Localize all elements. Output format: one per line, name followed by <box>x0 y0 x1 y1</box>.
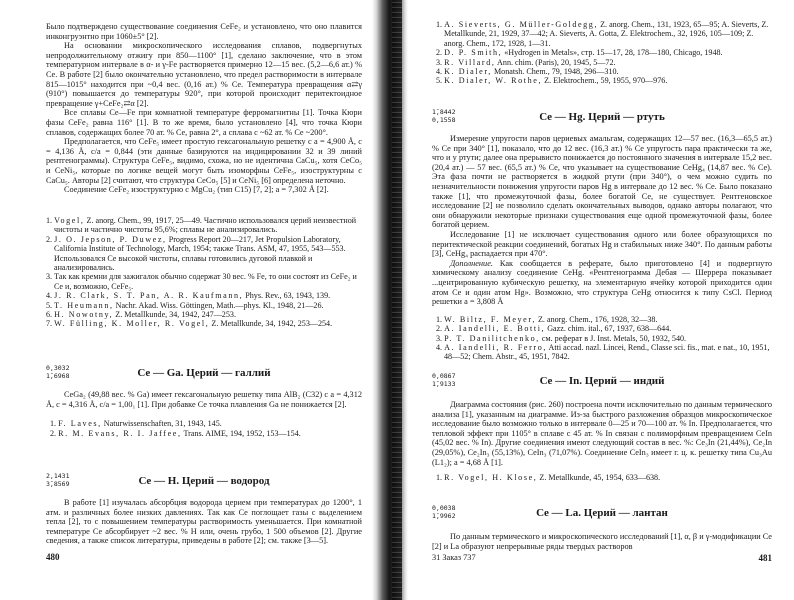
section-ce-la: 0,00381̄,9962 Ce — La. Церий — лантан По… <box>432 502 772 563</box>
page-number: 480 <box>46 552 362 562</box>
paragraph: Все сплавы Ce—Fe при комнатной температу… <box>46 108 362 137</box>
reference-item: 1. Vogel, Z. anorg. Chem., 99, 1917, 25—… <box>42 216 362 235</box>
reference-item: 1. W. Biltz, F. Meyer, Z. anorg. Chem., … <box>432 315 772 324</box>
section-heading: 0,30321̄,6968 Ce — Ga. Церий — галлий <box>46 362 362 386</box>
reference-item: 4. K. Dialer, Monatsh. Chem., 79, 1948, … <box>432 67 772 76</box>
paragraph: На основании микроскопического исследова… <box>46 41 362 108</box>
reference-item: 2. J. O. Jepson, P. Duwez, Progress Repo… <box>42 235 362 273</box>
reference-item: 1. F. Laves, Naturwissenschaften, 31, 19… <box>46 419 362 428</box>
reference-item: 2. D. P. Smith, «Hydrogen in Metals», ст… <box>432 48 772 57</box>
reference-item: 3. R. Villard, Ann. chim. (Paris), 20, 1… <box>432 58 772 67</box>
reference-item: 3. Так как кремни для зажигалок обычно с… <box>42 272 362 291</box>
paragraph: В работе [1] изучалась абсорбция водород… <box>46 498 362 546</box>
reference-item: 7. W. Fülling, K. Moller, R. Vogel, Z. M… <box>42 319 362 328</box>
section-title: Ce — La. Церий — лантан <box>432 507 772 519</box>
reference-item: 6. H. Nowotny, Z. Metallkunde, 34, 1942,… <box>42 310 362 319</box>
section-title: Ce — Hg. Церий — ртуть <box>432 111 772 123</box>
paragraph: Предполагается, что CeFe₅ имеет простую … <box>46 137 362 185</box>
ga-references: 1. F. Laves, Naturwissenschaften, 31, 19… <box>46 419 362 438</box>
section-ce-h: 2,14313̄,8569 Ce — H. Церий — водород В … <box>46 470 362 562</box>
section-title: Ce — H. Церий — водород <box>46 475 362 487</box>
fe-references: 1. Vogel, Z. anorg. Chem., 99, 1917, 25—… <box>42 216 362 329</box>
fe-text: Было подтверждено существование соединен… <box>46 22 362 195</box>
paragraph: Диаграмма состояния (рис. 260) построена… <box>432 400 772 467</box>
book-spine <box>392 0 402 600</box>
printer-signature: 31 Заказ 737 <box>432 553 476 563</box>
book-spine-shadow <box>372 0 408 600</box>
page-number: 481 <box>759 553 773 563</box>
section-title: Ce — In. Церий — индий <box>432 375 772 387</box>
reference-item: 5. K. Dialer, W. Rothe, Z. Elektrochem.,… <box>432 76 772 85</box>
paragraph: Соединение CeFe₂ изоструктурно с MgCu₂ (… <box>46 185 362 195</box>
in-references: 1. R. Vogel, H. Klose, Z. Metallkunde, 4… <box>432 473 772 482</box>
h-references: 1. A. Sieverts, G. Müller-Goldegg, Z. an… <box>432 20 772 86</box>
section-title: Ce — Ga. Церий — галлий <box>46 367 362 379</box>
reference-item: 3. P. T. Danilitchenko, см. реферат в J.… <box>432 334 772 343</box>
reference-item: 5. T. Heumann, Nachr. Akad. Wiss. Göttin… <box>42 301 362 310</box>
reference-item: 1. A. Sieverts, G. Müller-Goldegg, Z. an… <box>432 20 772 48</box>
reference-item: 2. R. M. Evans, R. I. Jaffee, Trans. AIM… <box>46 429 362 438</box>
section-heading: 0,00381̄,9962 Ce — La. Церий — лантан <box>432 502 772 526</box>
reference-item: 1. R. Vogel, H. Klose, Z. Metallkunde, 4… <box>432 473 772 482</box>
section-heading: 0,08671̄,9133 Ce — In. Церий — индий <box>432 370 772 394</box>
paragraph: Было подтверждено существование соединен… <box>46 22 362 41</box>
section-ce-hg: 1̄,84420,1558 Ce — Hg. Церий — ртуть Изм… <box>432 106 772 362</box>
hg-references: 1. W. Biltz, F. Meyer, Z. anorg. Chem., … <box>432 315 772 362</box>
paragraph: CeGa₂ (49,88 вес. % Ga) имеет гексагонал… <box>46 390 362 409</box>
paragraph: Измерение упругости паров цериевых амаль… <box>432 134 772 230</box>
reference-item: 2. A. Iandelli, E. Botti, Gazz. chim. it… <box>432 324 772 333</box>
page-footer: 31 Заказ 737 481 <box>432 553 772 563</box>
paragraph: По данным термического и микроскопическо… <box>432 532 772 551</box>
right-page: 1. A. Sieverts, G. Müller-Goldegg, Z. an… <box>408 0 794 600</box>
section-ce-ga: 0,30321̄,6968 Ce — Ga. Церий — галлий Ce… <box>46 362 362 438</box>
reference-item: 4. A. Iandelli, R. Ferro, Atti accad. na… <box>432 343 772 362</box>
left-page: Было подтверждено существование соединен… <box>0 0 372 600</box>
reference-item: 4. J. R. Clark, S. T. Pan, A. R. Kaufman… <box>42 291 362 300</box>
section-ce-in: 0,08671̄,9133 Ce — In. Церий — индий Диа… <box>432 370 772 483</box>
addendum-paragraph: Дополнение. Как сообщается в реферате, б… <box>432 259 772 307</box>
paragraph: Исследование [1] не исключает существова… <box>432 230 772 259</box>
section-heading: 2,14313̄,8569 Ce — H. Церий — водород <box>46 470 362 494</box>
section-heading: 1̄,84420,1558 Ce — Hg. Церий — ртуть <box>432 106 772 130</box>
